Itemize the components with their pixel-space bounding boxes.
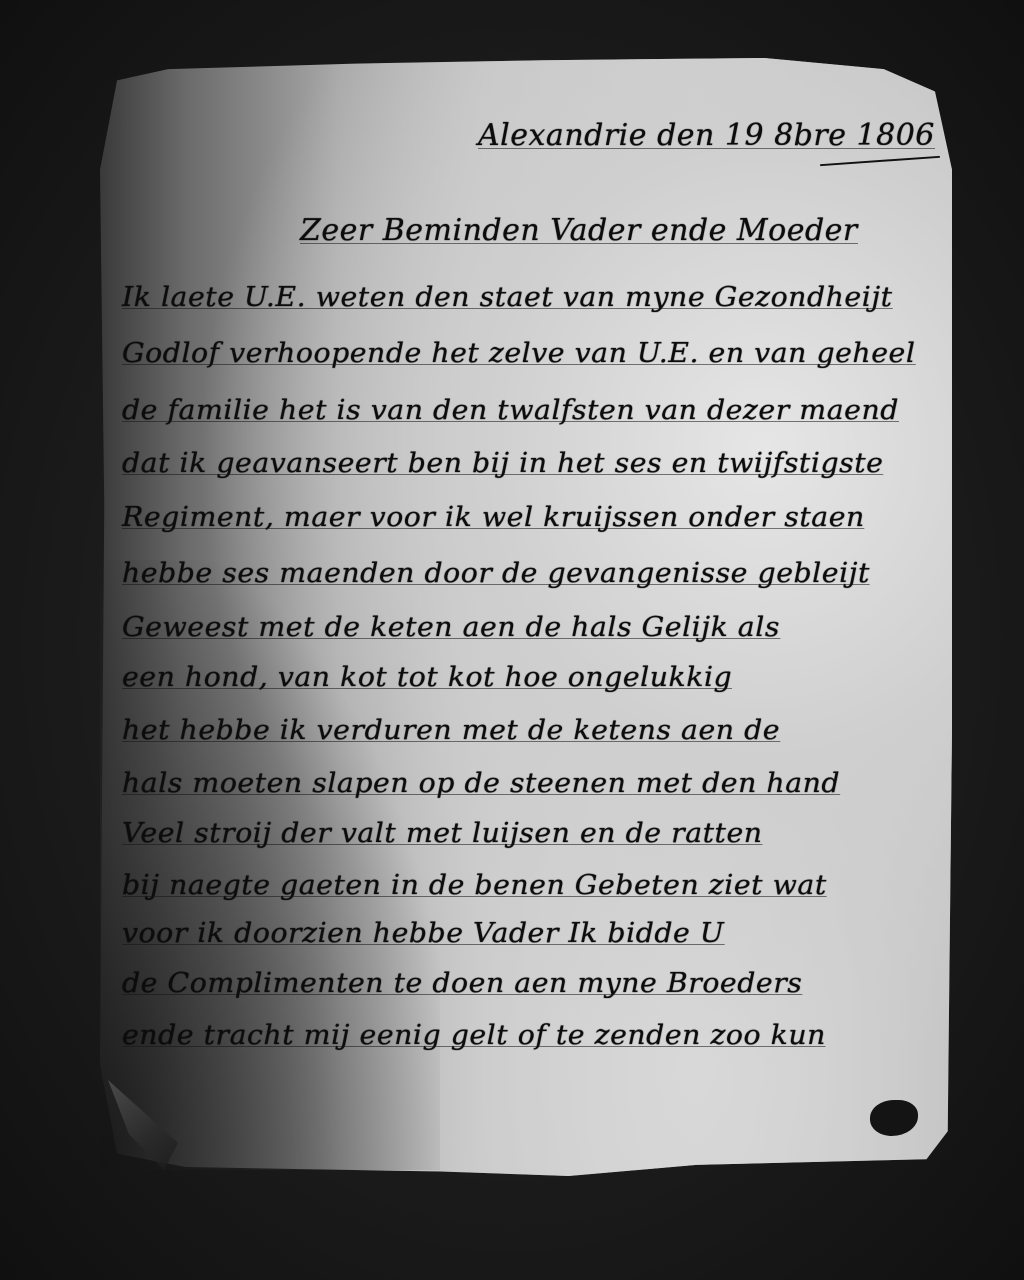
letter-line: dat ik geavanseert ben bij in het ses en… (122, 448, 883, 479)
letter-line: hebbe ses maenden door de gevangenisse g… (122, 558, 870, 589)
letter-line: ende tracht mij eenig gelt of te zenden … (122, 1020, 826, 1051)
letter-line: Ik laete U.E. weten den staet van myne G… (122, 282, 893, 313)
letter-line: Godlof verhoopende het zelve van U.E. en… (122, 338, 915, 369)
letter-line: bij naegte gaeten in de benen Gebeten zi… (122, 870, 827, 901)
scanned-page: Alexandrie den 19 8bre 1806 Zeer Beminde… (0, 0, 1024, 1280)
letter-line: voor ik doorzien hebbe Vader Ik bidde U (122, 918, 724, 949)
letter-line: het hebbe ik verduren met de ketens aen … (122, 715, 780, 746)
letter-line: hals moeten slapen op de steenen met den… (122, 768, 840, 799)
letter-line: Geweest met de keten aen de hals Gelijk … (122, 612, 780, 643)
letter-line: een hond, van kot tot kot hoe ongelukkig (122, 662, 732, 693)
letter-salutation: Zeer Beminden Vader ende Moeder (300, 213, 858, 248)
letter-line: Regiment, maer voor ik wel kruijssen ond… (122, 502, 865, 533)
letter-dateline: Alexandrie den 19 8bre 1806 (478, 118, 935, 153)
letter-line: Veel stroij der valt met luijsen en de r… (122, 818, 763, 849)
letter-line: de familie het is van den twalfsten van … (122, 395, 899, 426)
letter-line: de Complimenten te doen aen myne Broeder… (122, 968, 802, 999)
